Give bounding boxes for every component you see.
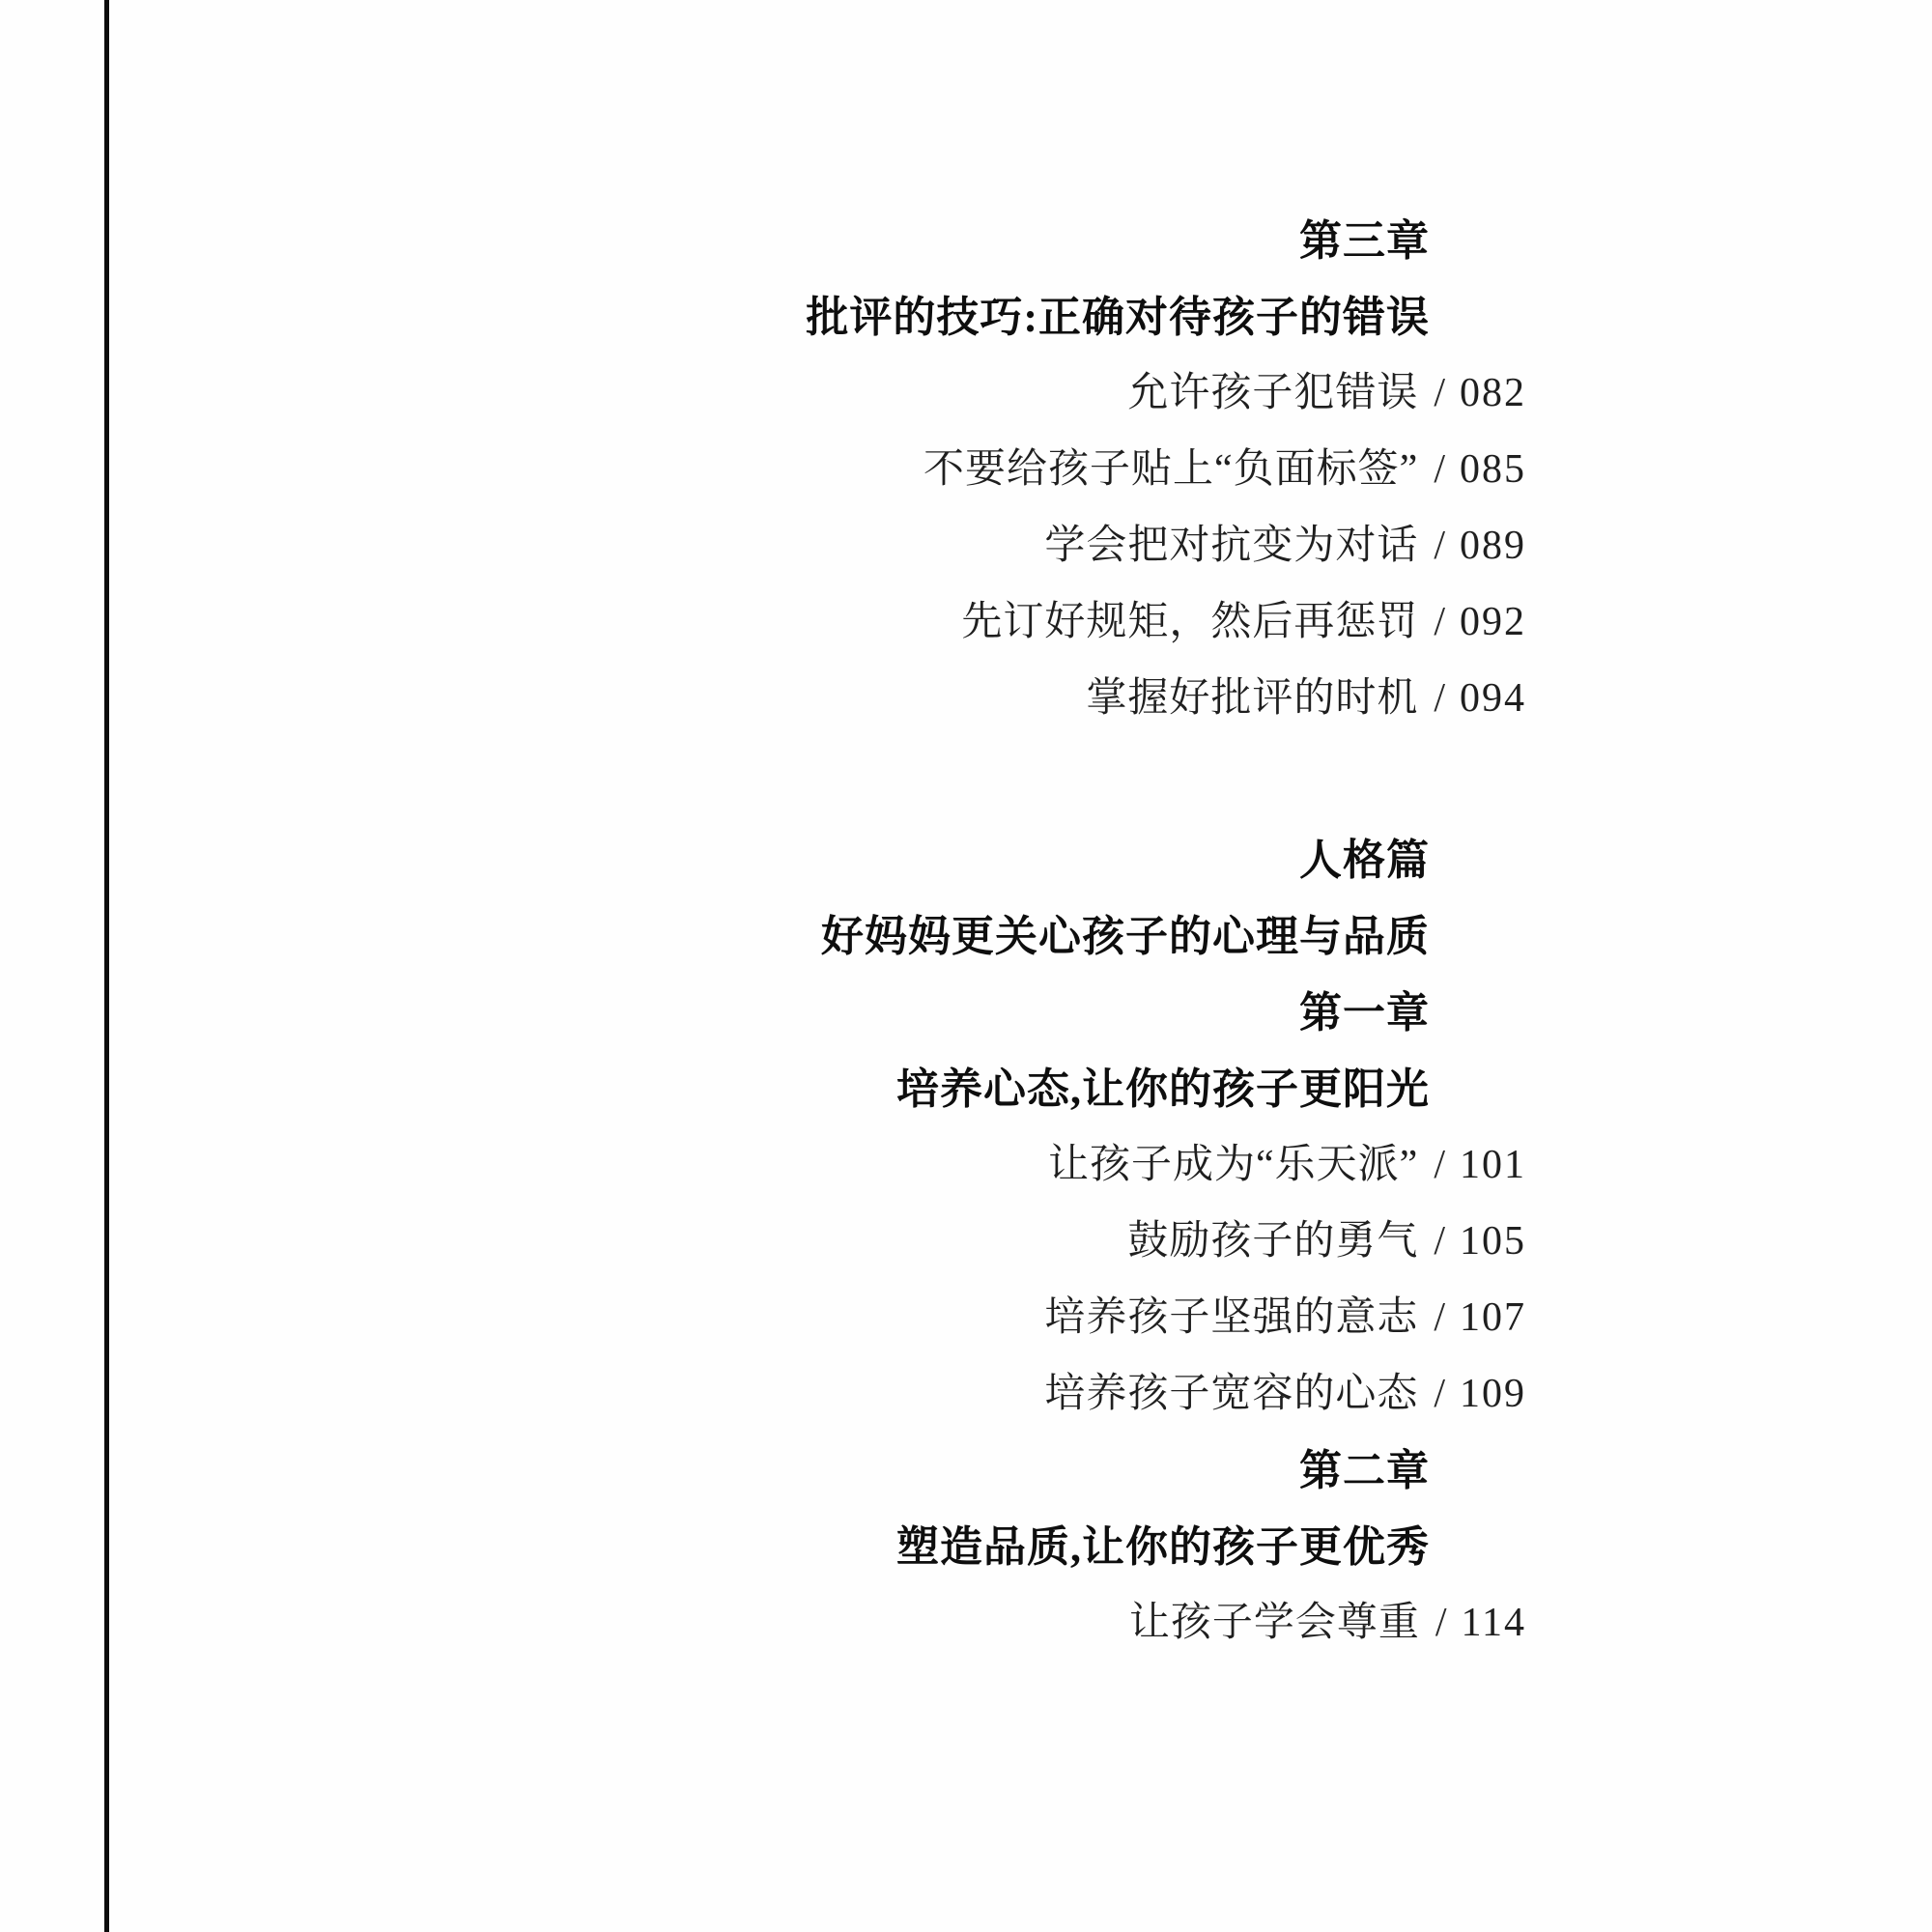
- toc-entry: 让孩子成为“乐天派”/101: [483, 1127, 1526, 1204]
- toc-entry-separator: /: [1434, 355, 1446, 432]
- toc-chapter-title: 塑造品质,让你的孩子更优秀: [483, 1509, 1526, 1585]
- toc-entry: 培养孩子宽容的心态/109: [483, 1356, 1526, 1433]
- toc-chapter-number: 第三章: [483, 203, 1526, 279]
- toc-entry-separator: /: [1434, 584, 1446, 661]
- book-page: 第三章 批评的技巧:正确对待孩子的错误 允许孩子犯错误/082 不要给孩子贴上“…: [0, 0, 1932, 1932]
- toc-part-number: 人格篇: [483, 822, 1526, 898]
- toc-entry-title: 允许孩子犯错误: [1127, 371, 1418, 415]
- toc-entry-title: 让孩子成为“乐天派”: [1048, 1143, 1418, 1187]
- toc-entry-title: 学会把对抗变为对话: [1044, 524, 1418, 568]
- toc-chapter-title: 培养心态,让你的孩子更阳光: [483, 1051, 1526, 1127]
- page-spine-line: [104, 0, 109, 1932]
- toc-entry-page: 114: [1462, 1601, 1526, 1645]
- toc-entry-separator: /: [1434, 1280, 1446, 1356]
- toc-entry-title: 先订好规矩，然后再惩罚: [961, 600, 1418, 644]
- toc-entry: 掌握好批评的时机/094: [483, 661, 1526, 737]
- toc-entry-separator: /: [1434, 432, 1446, 508]
- toc-entry-separator: /: [1434, 1127, 1446, 1204]
- toc-chapter-number: 第一章: [483, 975, 1526, 1051]
- toc-entry-page: 094: [1460, 676, 1526, 721]
- toc-entry: 培养孩子坚强的意志/107: [483, 1280, 1526, 1356]
- toc-entry-separator: /: [1434, 508, 1446, 584]
- toc-entry: 不要给孩子贴上“负面标签”/085: [483, 432, 1526, 508]
- toc-entry: 让孩子学会尊重/114: [483, 1585, 1526, 1662]
- toc-entry-page: 082: [1460, 371, 1526, 415]
- toc-entry-page: 089: [1460, 524, 1526, 568]
- toc-entry-separator: /: [1434, 661, 1446, 737]
- toc-entry-title: 鼓励孩子的勇气: [1127, 1219, 1418, 1264]
- toc-entry-page: 105: [1460, 1219, 1526, 1264]
- table-of-contents: 第三章 批评的技巧:正确对待孩子的错误 允许孩子犯错误/082 不要给孩子贴上“…: [483, 203, 1526, 1662]
- toc-entry-title: 培养孩子宽容的心态: [1044, 1372, 1418, 1416]
- toc-entry-title: 培养孩子坚强的意志: [1044, 1295, 1418, 1340]
- toc-part-title: 好妈妈更关心孩子的心理与品质: [483, 898, 1526, 975]
- toc-chapter-title: 批评的技巧:正确对待孩子的错误: [483, 279, 1526, 355]
- toc-entry-page: 109: [1460, 1372, 1526, 1416]
- toc-entry-page: 107: [1460, 1295, 1526, 1340]
- toc-entry: 先订好规矩，然后再惩罚/092: [483, 584, 1526, 661]
- toc-entry-title: 让孩子学会尊重: [1129, 1601, 1420, 1645]
- toc-entry-page: 092: [1460, 600, 1526, 644]
- toc-entry-title: 掌握好批评的时机: [1086, 676, 1418, 721]
- toc-entry-page: 101: [1460, 1143, 1526, 1187]
- toc-entry-separator: /: [1435, 1585, 1448, 1662]
- toc-entry-page: 085: [1460, 447, 1526, 492]
- toc-entry: 鼓励孩子的勇气/105: [483, 1204, 1526, 1280]
- toc-entry-separator: /: [1434, 1204, 1446, 1280]
- toc-entry-title: 不要给孩子贴上“负面标签”: [923, 447, 1418, 492]
- toc-entry: 允许孩子犯错误/082: [483, 355, 1526, 432]
- toc-chapter-number: 第二章: [483, 1433, 1526, 1509]
- toc-entry: 学会把对抗变为对话/089: [483, 508, 1526, 584]
- toc-entry-separator: /: [1434, 1356, 1446, 1433]
